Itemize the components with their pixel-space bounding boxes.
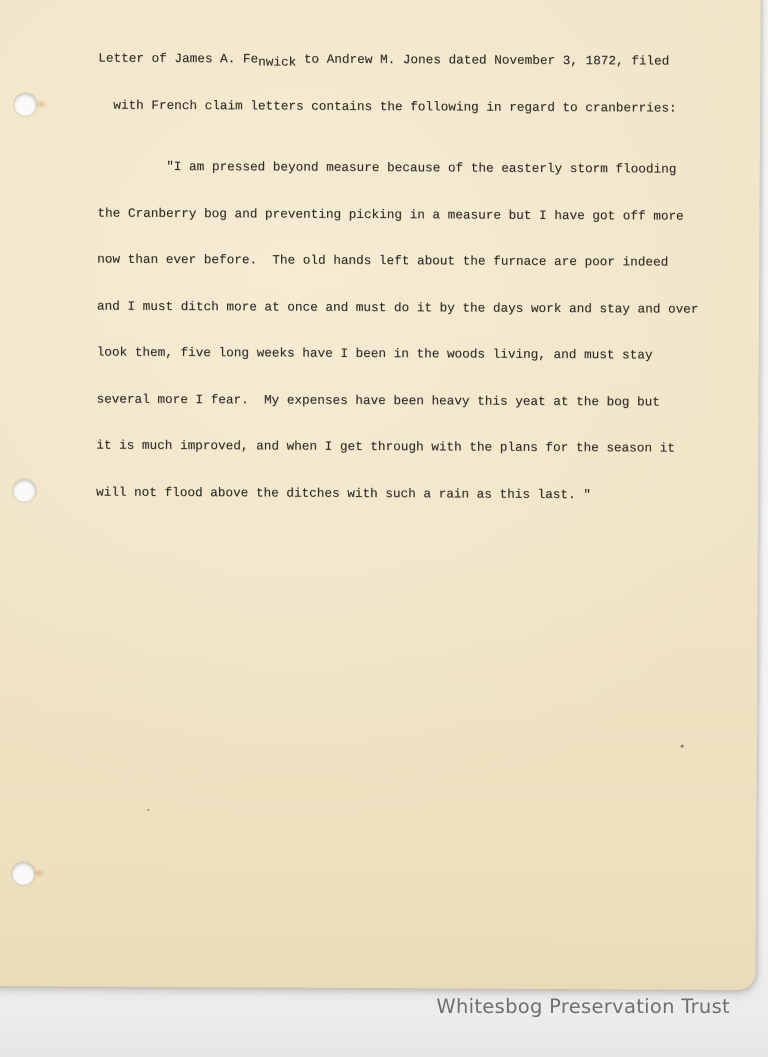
punch-hole-top: [14, 93, 37, 116]
paper-speck: [147, 809, 149, 811]
document-body: "I am pressed beyond measure because of …: [96, 128, 700, 534]
scanned-document-page: Letter of James A. Fenwick to Andrew M. …: [0, 0, 761, 990]
body-line: it is much improved, and when I get thro…: [96, 438, 698, 457]
header-line-2: with French claim letters contains the f…: [98, 97, 677, 116]
punch-hole-middle: [13, 479, 36, 502]
body-line: and I must ditch more at once and must d…: [97, 298, 699, 317]
header-line-1: Letter of James A. Fenwick to Andrew M. …: [98, 51, 677, 70]
body-line: the Cranberry bog and preventing picking…: [97, 205, 699, 224]
page-content: Letter of James A. Fenwick to Andrew M. …: [0, 0, 761, 990]
body-line: "I am pressed beyond measure because of …: [98, 159, 700, 178]
body-line: several more I fear. My expenses have be…: [96, 391, 698, 410]
body-line: now than ever before. The old hands left…: [97, 252, 699, 271]
body-line: will not flood above the ditches with su…: [96, 484, 698, 503]
paper-speck: [681, 745, 684, 748]
body-line: look them, five long weeks have I been i…: [97, 345, 699, 364]
watermark-credit: Whitesbog Preservation Trust: [436, 995, 730, 1018]
punch-hole-bottom: [12, 862, 35, 885]
